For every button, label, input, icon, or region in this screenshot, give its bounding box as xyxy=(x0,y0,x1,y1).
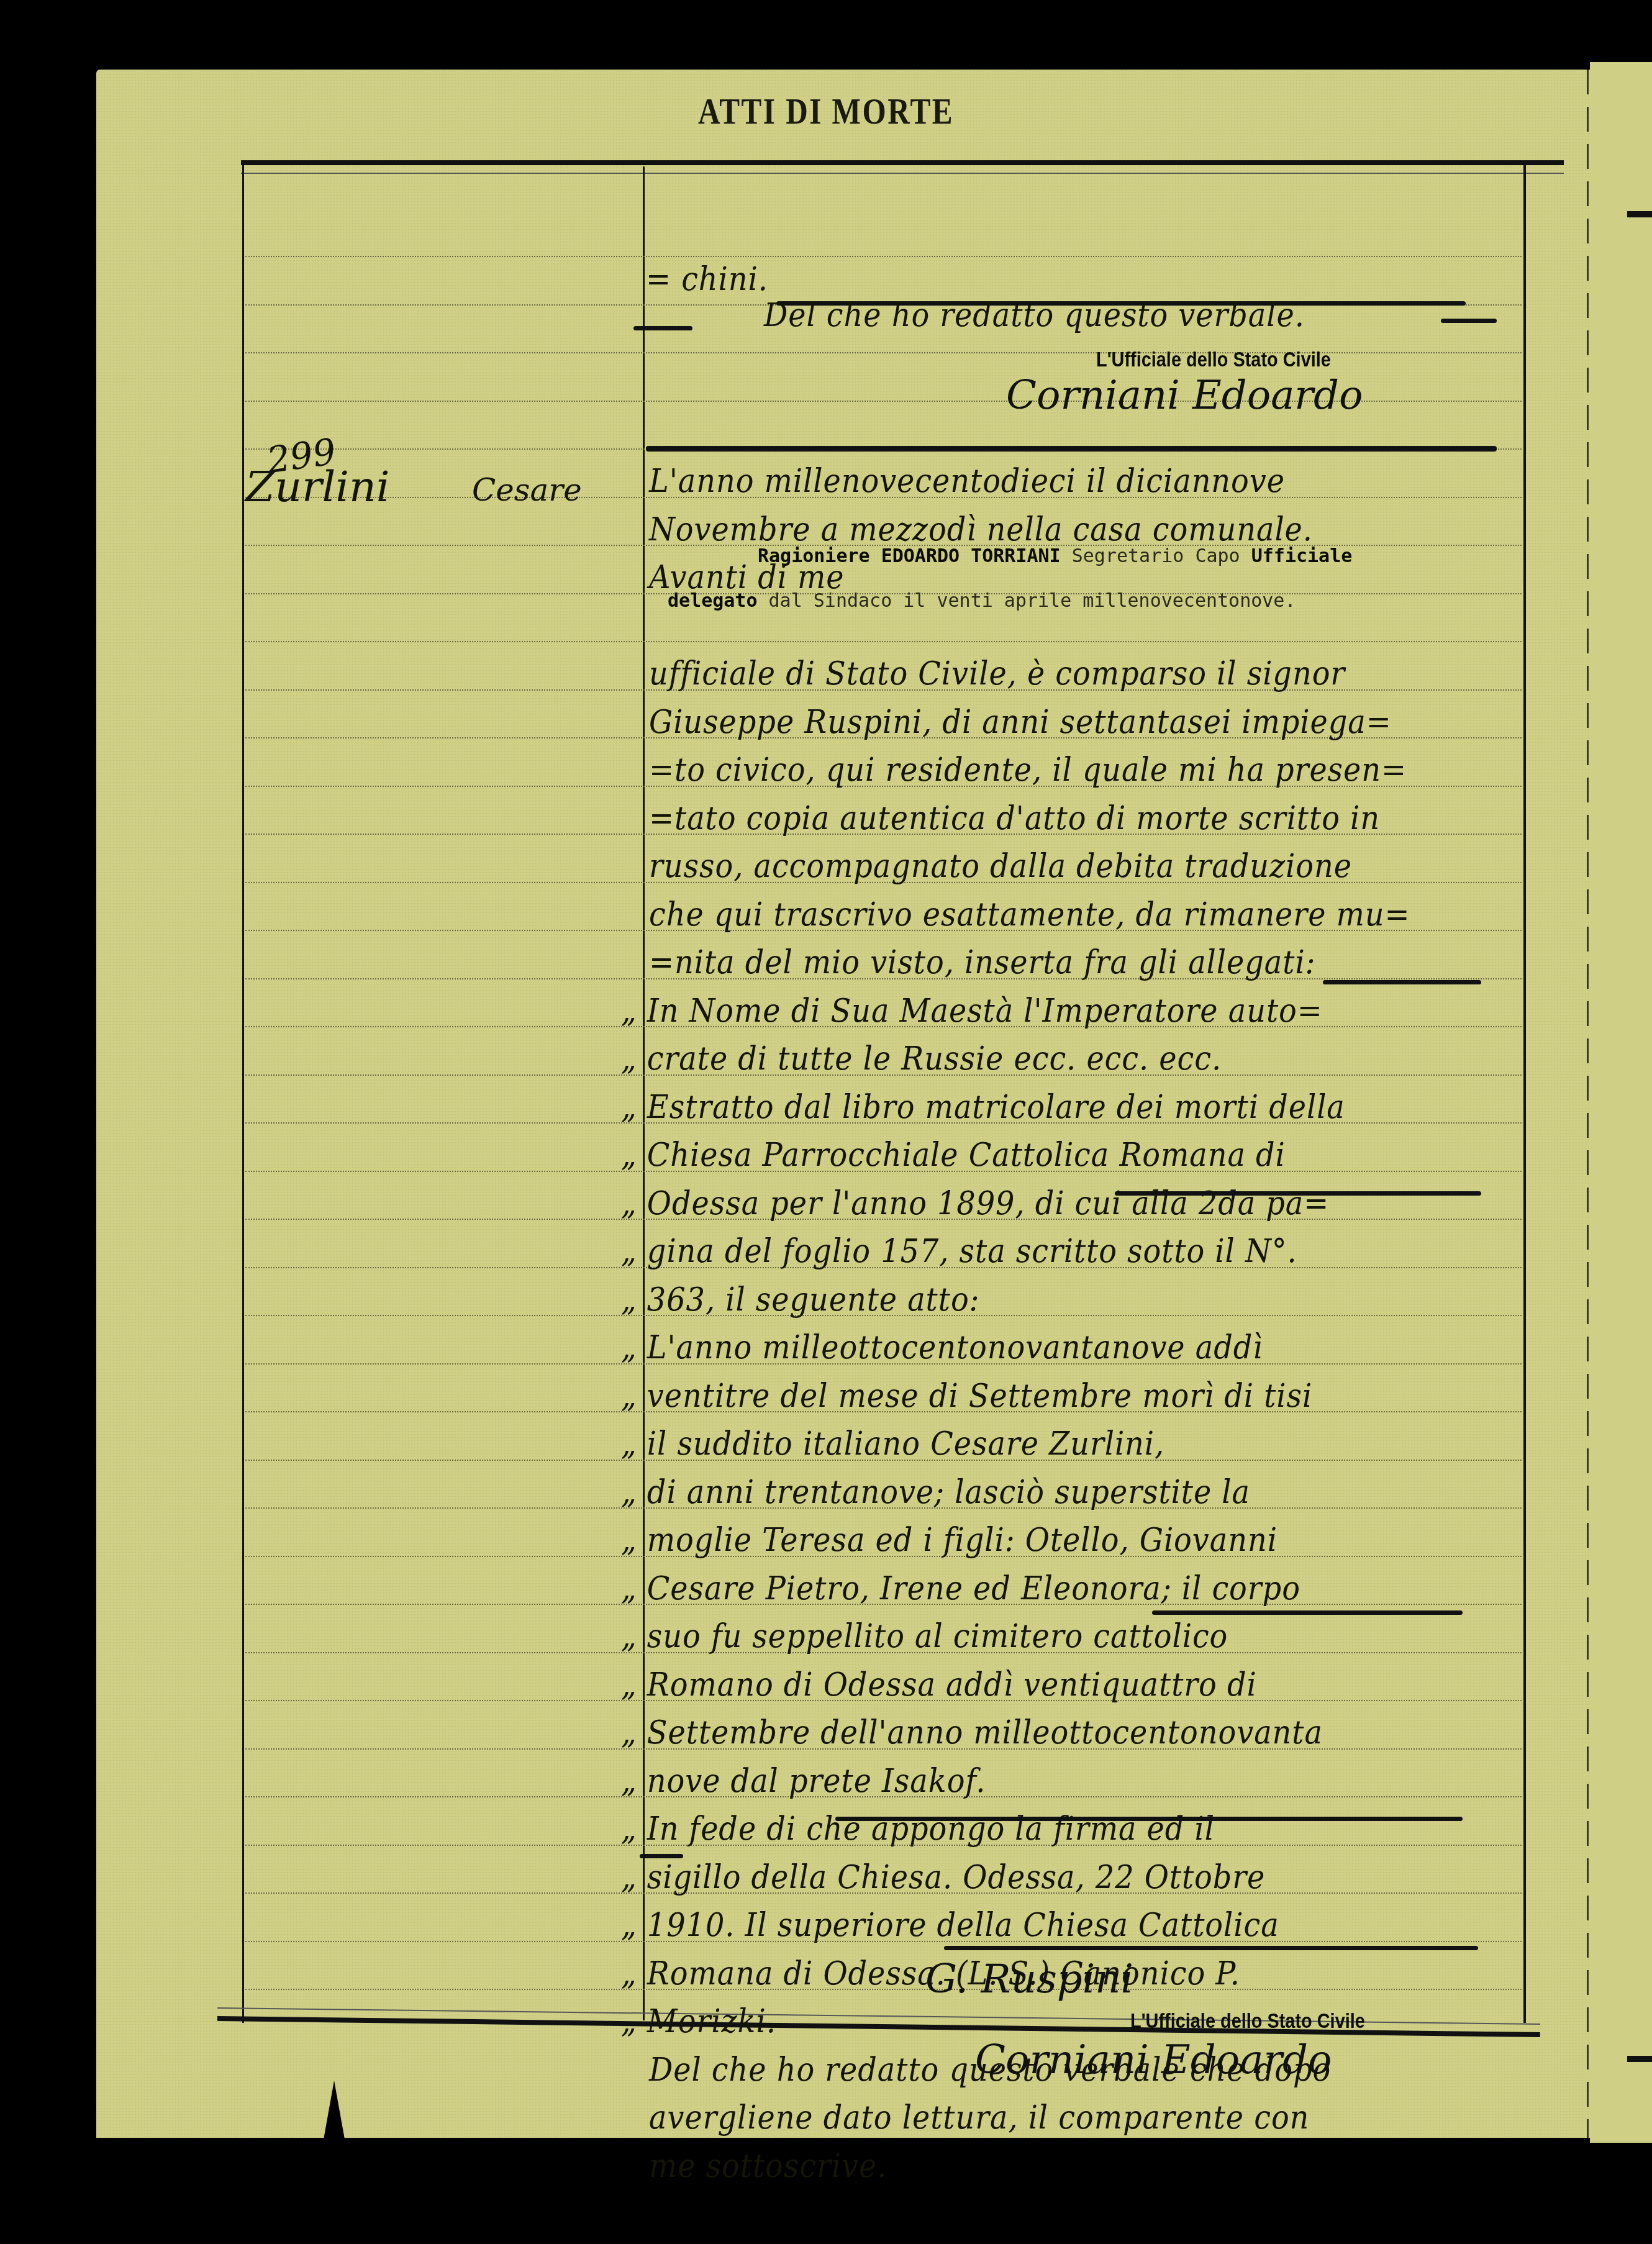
entry-body-line: „ 1910. Il superiore della Chiesa Cattol… xyxy=(621,1907,1279,1944)
entry-body-line: „ In fede di che appongo la firma ed il xyxy=(621,1810,1215,1848)
typed-delegation-line: delegato dal Sindaco il venti aprile mil… xyxy=(668,590,1296,612)
stamp-delegato: delegato xyxy=(668,590,758,612)
entry-body-line: „ crate di tutte le Russie ecc. ecc. ecc… xyxy=(621,1040,1222,1078)
entry-body-line: ufficiale di Stato Civile, è comparso il… xyxy=(649,655,1345,693)
entry-body-line: „ In Nome di Sua Maestà l'Imperatore aut… xyxy=(621,993,1323,1030)
entry-body-line: „ 363, il seguente atto: xyxy=(621,1281,980,1319)
page-notch xyxy=(323,2081,345,2143)
stamp-officer-name: EDOARDO TORRIANI xyxy=(881,545,1061,567)
filler-stroke xyxy=(944,1946,1478,1950)
entry-body-line: „ Chiesa Parrocchiale Cattolica Romana d… xyxy=(621,1137,1286,1174)
ruled-line xyxy=(245,641,1522,642)
filler-stroke xyxy=(1115,1191,1481,1196)
entry-body-line: „ ventitre del mese di Settembre morì di… xyxy=(621,1378,1312,1415)
entry-body-line: „ Estratto dal libro matricolare dei mor… xyxy=(621,1089,1345,1126)
entry-body-line: =tato copia autentica d'atto di morte sc… xyxy=(649,800,1380,837)
entry-body-line: =nita del mio visto, inserta fra gli all… xyxy=(649,944,1316,981)
entry-body-line: L'anno millenovecentodieci il diciannove xyxy=(649,463,1285,500)
entry-body-line: „ sigillo della Chiesa. Odessa, 22 Ottob… xyxy=(621,1859,1265,1896)
entry-body-line: „ Settembre dell'anno milleottocentonova… xyxy=(621,1714,1323,1751)
officer-stamp: L'Ufficiale dello Stato Civile xyxy=(1096,348,1331,372)
filler-stroke xyxy=(633,326,692,330)
register-title: ATTI DI MORTE xyxy=(148,90,1503,133)
officer-signature: Corniani Edoardo xyxy=(1006,373,1363,419)
entry-body-line: me sottoscrive. xyxy=(649,2148,887,2185)
entry-surname: Zurlini xyxy=(245,463,390,512)
entry-body-line: russo, accompagnato dalla debita traduzi… xyxy=(649,848,1352,885)
filler-stroke xyxy=(640,1854,683,1858)
previous-entry-line: = chini. xyxy=(646,261,768,298)
filler-stroke xyxy=(1152,1610,1463,1615)
entry-body-line: „ Romano di Odessa addì ventiquattro di xyxy=(621,1666,1257,1704)
entry-body-line: „ L'anno milleottocentonovantanove addì xyxy=(621,1329,1263,1366)
entry-body-line: Novembre a mezzodì nella casa comunale. xyxy=(649,511,1313,548)
ruled-line xyxy=(245,256,1522,257)
previous-entry-line: Del che ho redatto questo verbale. xyxy=(764,297,1305,334)
entry-body-line: avergliene dato lettura, il comparente c… xyxy=(649,2099,1309,2137)
entry-body-line: che qui trascrivo esattamente, da rimane… xyxy=(649,896,1410,933)
entry-body-line: „ di anni trentanove; lasciò superstite … xyxy=(621,1474,1250,1511)
stamp-delegation-date: dal Sindaco il venti aprile millenovecen… xyxy=(769,590,1296,612)
entry-body-line: „ nove dal prete Isakof. xyxy=(621,1763,986,1800)
entry-body-line: =to civico, qui residente, il quale mi h… xyxy=(649,752,1407,789)
typed-delegation-stamp: Ragioniere EDOARDO TORRIANI Segretario C… xyxy=(758,545,1352,567)
entry-separator xyxy=(646,446,1497,452)
entry-body-line: Giuseppe Ruspini, di anni settantasei im… xyxy=(649,704,1392,741)
filler-stroke xyxy=(835,1817,1463,1821)
filler-stroke xyxy=(1441,319,1497,323)
facing-page-edge xyxy=(1590,62,1652,2143)
entry-body-line: „ moglie Teresa ed i figli: Otello, Giov… xyxy=(621,1522,1278,1559)
entry-body-line: „ Cesare Pietro, Irene ed Eleonora; il c… xyxy=(621,1570,1300,1607)
stamp-title: Segretario Capo xyxy=(1072,545,1240,567)
stamp-suffix: Ufficiale xyxy=(1251,545,1353,567)
facing-page-rule xyxy=(1627,211,1652,217)
entry-body-line: „ suo fu seppellito al cimitero cattolic… xyxy=(621,1618,1228,1655)
entry-body-line: „ gina del foglio 157, sta scritto sotto… xyxy=(621,1233,1297,1270)
declarant-signature: G. Ruspini xyxy=(925,1956,1133,2002)
facing-page-rule xyxy=(1627,2056,1652,2062)
stamp-prefix: Ragioniere xyxy=(758,545,870,567)
entry-body-line: „ Morizki. xyxy=(621,2003,776,2040)
officer-stamp: L'Ufficiale dello Stato Civile xyxy=(1130,2009,1365,2033)
officer-signature: Corniani Edoardo xyxy=(975,2037,1332,2083)
filler-stroke xyxy=(1323,980,1481,984)
entry-body-line: „ il suddito italiano Cesare Zurlini, xyxy=(621,1425,1164,1463)
binding-gutter xyxy=(1587,70,1589,2138)
entry-body-line: „ Odessa per l'anno 1899, di cui alla 2d… xyxy=(621,1185,1329,1222)
entry-given-name: Cesare xyxy=(472,472,582,508)
